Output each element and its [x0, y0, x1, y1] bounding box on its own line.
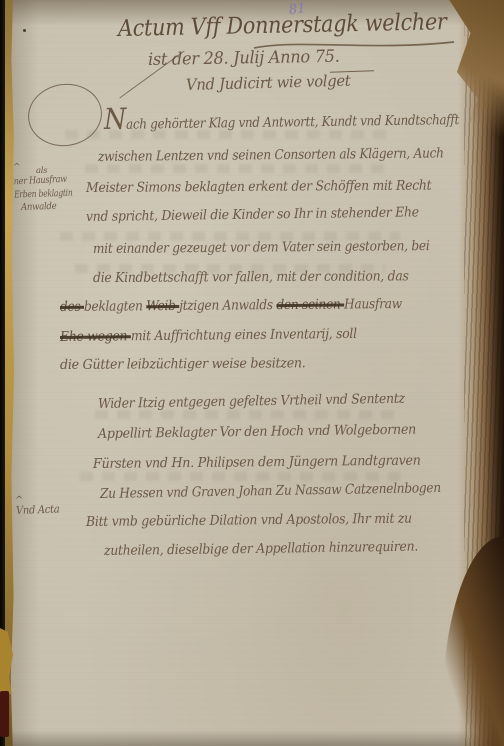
word: jtzigen Anwalds — [179, 297, 276, 314]
struck-word: Ehe wegen — [60, 328, 131, 345]
word: beklagten — [84, 298, 146, 315]
para2-line3: Fürsten vnd Hn. Philipsen dem Jüngern La… — [93, 453, 421, 472]
manuscript-scan: 81 Actum Vff Donnerstagk welcher ist der… — [0, 0, 504, 746]
struck-word: des — [60, 299, 84, 315]
para1-line5: mit einander gezeuget vor dem Vater sein… — [93, 238, 430, 257]
para1-line6: die Kindbettschafft vor fallen, mit der … — [93, 268, 409, 286]
ink-dot — [23, 29, 26, 32]
struck-word: den seinen — [276, 297, 344, 314]
struck-word: Weib — [146, 298, 179, 314]
para2-line5: Bitt vmb gebürliche Dilation vnd Apostol… — [86, 511, 412, 530]
word: mit Auffrichtung eines Inventarij, soll — [131, 326, 357, 344]
heading-line-2: ist der 28. Julij Anno 75. — [148, 47, 340, 70]
para1-line8: Ehe wegen mit Auffrichtung eines Inventa… — [60, 326, 357, 345]
word: Hausfraw — [344, 296, 402, 313]
bleedthrough-line — [80, 472, 400, 481]
margin-note2-text: Vnd Acta — [16, 502, 60, 517]
bleedthrough-line — [85, 164, 385, 173]
para1-line3: Meister Simons beklagten erkent der Schö… — [86, 178, 431, 196]
para1-line7: des beklagten Weib jtzigen Anwalds den s… — [60, 296, 402, 315]
margin-caret: ^ — [13, 163, 20, 173]
para1-line9: die Gütter leibzüchtiger weise besitzen. — [60, 355, 306, 373]
margin-note1-line3: Anwalde — [21, 201, 57, 213]
bleedthrough-line — [95, 410, 395, 419]
binding-fragment — [0, 691, 9, 737]
